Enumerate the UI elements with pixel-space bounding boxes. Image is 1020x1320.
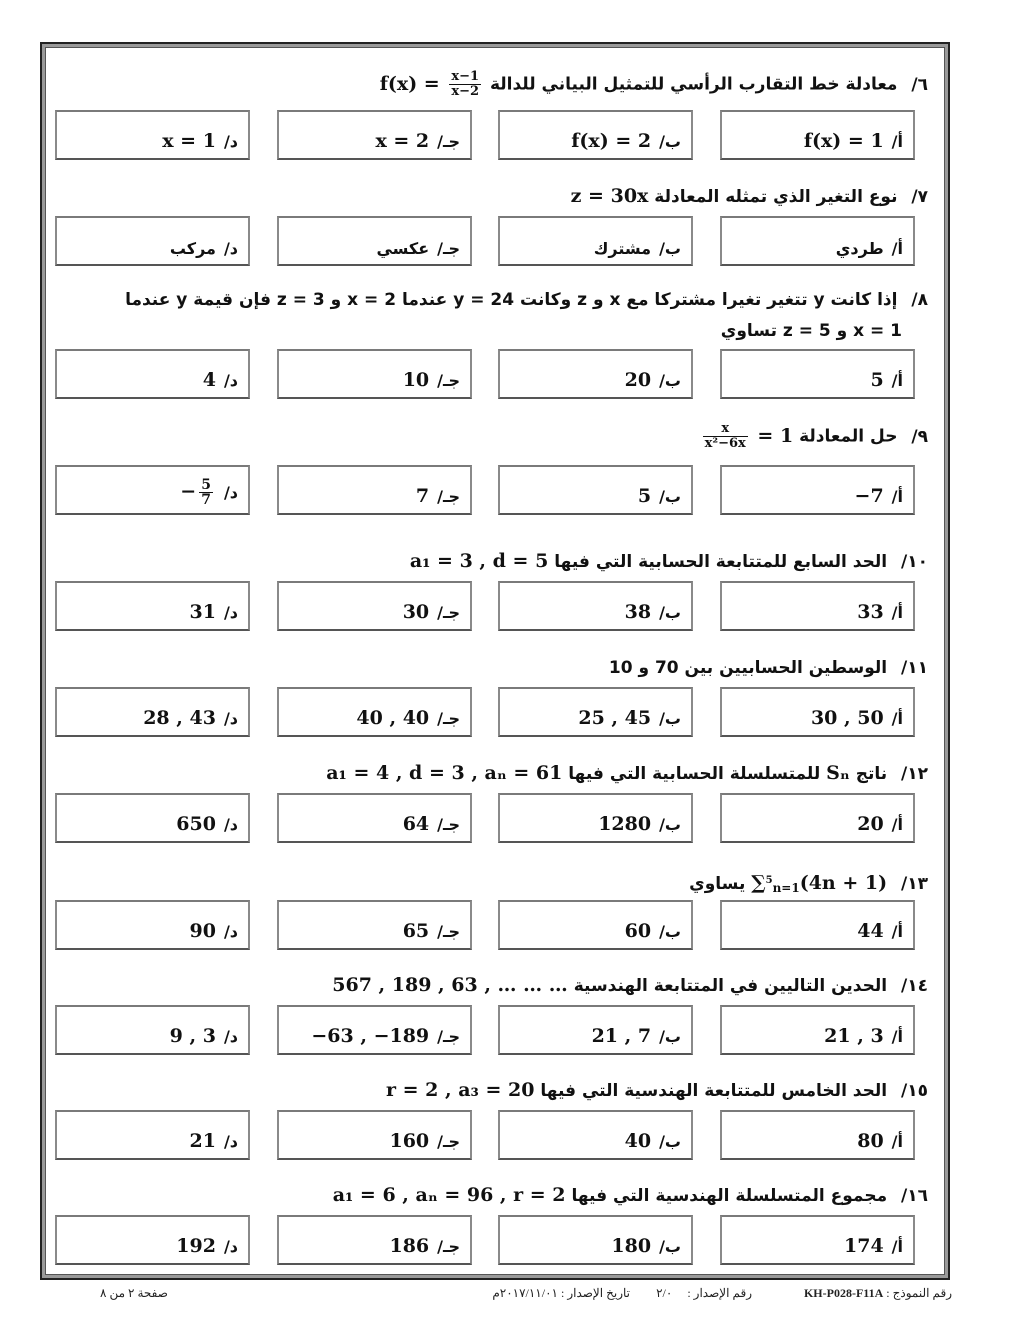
form-number-label: رقم النموذج :	[886, 1286, 952, 1300]
option-value: −63 , −189	[311, 1025, 429, 1047]
option-letter: أ/	[892, 815, 903, 834]
option-letter: جـ/	[437, 1237, 460, 1256]
option-letter: أ/	[892, 1132, 903, 1151]
sum-lower: n=1	[773, 881, 800, 895]
question-math: a₁ = 6 , aₙ = 96 , r = 2	[333, 1184, 566, 1206]
question-12-title: ١٢/ ناتج Sₙ للمتسلسلة الحسابية التي فيها…	[326, 760, 928, 787]
option-d[interactable]: د/650	[55, 793, 250, 843]
question-number: ١١/	[901, 658, 928, 678]
option-b[interactable]: ب/60	[498, 900, 693, 950]
option-d[interactable]: د/192	[55, 1215, 250, 1265]
option-letter: د/	[224, 1132, 238, 1151]
option-value: 30	[403, 601, 429, 623]
option-letter: ب/	[659, 487, 681, 506]
option-value: طردي	[836, 239, 884, 258]
option-letter: أ/	[892, 922, 903, 941]
option-a[interactable]: أ/33	[720, 581, 915, 631]
question-text: الحد الخامس للمتتابعة الهندسية التي فيها	[540, 1081, 887, 1101]
option-letter: جـ/	[437, 371, 460, 390]
option-d[interactable]: د/9 , 3	[55, 1005, 250, 1055]
option-letter: ب/	[659, 815, 681, 834]
option-d[interactable]: د/31	[55, 581, 250, 631]
option-b[interactable]: ب/40	[498, 1110, 693, 1160]
form-number: KH-P028-F11A	[804, 1286, 883, 1300]
option-c[interactable]: جـ/64	[277, 793, 472, 843]
option-letter: ب/	[659, 132, 681, 151]
question-text: يساوي	[689, 874, 745, 894]
option-value: x = 2	[375, 130, 429, 152]
option-a[interactable]: أ/174	[720, 1215, 915, 1265]
option-c[interactable]: جـ/−63 , −189	[277, 1005, 472, 1055]
question-text: معادلة خط التقارب الرأسي للتمثيل البياني…	[490, 75, 898, 95]
option-d[interactable]: د/−57	[55, 465, 250, 515]
question-number: ٧/	[911, 187, 928, 207]
option-value: 38	[625, 601, 651, 623]
option-letter: د/	[224, 922, 238, 941]
math-expression: = 1	[757, 425, 793, 447]
question-text: نوع التغير الذي تمثله المعادلة	[654, 187, 897, 207]
option-letter: ب/	[659, 239, 681, 258]
option-c[interactable]: جـ/عكسي	[277, 216, 472, 266]
option-letter: ب/	[659, 1027, 681, 1046]
denominator: x−2	[449, 85, 481, 99]
sum-upper: 5	[766, 875, 773, 886]
option-letter: جـ/	[437, 132, 460, 151]
option-value: 40	[625, 1130, 651, 1152]
question-10-title: ١٠/ الحد السابع للمتتابعة الحسابية التي …	[410, 548, 928, 575]
option-c[interactable]: جـ/65	[277, 900, 472, 950]
option-value: 60	[625, 920, 651, 942]
option-value: 160	[389, 1130, 429, 1152]
option-d[interactable]: د/x = 1	[55, 110, 250, 160]
option-value: 5	[870, 369, 883, 391]
option-value: 33	[857, 601, 883, 623]
option-value: 80	[857, 1130, 883, 1152]
option-value: 40 , 40	[356, 707, 429, 729]
option-letter: أ/	[892, 709, 903, 728]
option-a[interactable]: أ/طردي	[720, 216, 915, 266]
option-value: 30 , 50	[811, 707, 884, 729]
option-value: 21	[189, 1130, 215, 1152]
option-value: f(x) = 1	[804, 130, 884, 152]
fraction: 57	[199, 478, 213, 507]
question-13-title: ١٣/ ∑5n=1(4n + 1) يساوي	[689, 868, 928, 901]
option-letter: أ/	[892, 603, 903, 622]
question-8-title-line-2: x = 1 و z = 5 تساوي	[721, 318, 902, 344]
option-a[interactable]: أ/30 , 50	[720, 687, 915, 737]
question-text: حل المعادلة	[799, 427, 897, 447]
question-math: 567 , 189 , 63 , … … …	[332, 974, 568, 996]
option-value: 20	[857, 813, 883, 835]
option-letter: أ/	[892, 371, 903, 390]
option-value: 21 , 3	[824, 1025, 884, 1047]
option-d[interactable]: د/28 , 43	[55, 687, 250, 737]
option-c[interactable]: جـ/x = 2	[277, 110, 472, 160]
question-8-title: ٨/ إذا كانت y تتغير تغيرا مشتركا مع x و …	[125, 287, 928, 313]
option-c[interactable]: جـ/160	[277, 1110, 472, 1160]
option-a[interactable]: أ/80	[720, 1110, 915, 1160]
option-b[interactable]: ب/25 , 45	[498, 687, 693, 737]
option-b[interactable]: ب/38	[498, 581, 693, 631]
option-letter: د/	[224, 371, 238, 390]
question-number: ١٠/	[901, 552, 928, 572]
option-value: 650	[176, 813, 216, 835]
option-c[interactable]: جـ/30	[277, 581, 472, 631]
option-c[interactable]: جـ/7	[277, 465, 472, 515]
option-value: 174	[844, 1235, 884, 1257]
math-expression: f(x) =	[380, 73, 440, 95]
option-value: x = 1	[162, 130, 216, 152]
question-11-title: ١١/ الوسطين الحسابيين بين 70 و 10	[609, 655, 928, 681]
issue-date-value: ٢٠١٧/١١/٠١م	[492, 1286, 558, 1300]
option-value: 44	[857, 920, 883, 942]
option-value: 4	[203, 369, 216, 391]
footer-form-number: رقم النموذج : KH-P028-F11A	[804, 1286, 952, 1301]
question-number: ١٣/	[901, 874, 928, 894]
option-letter: ب/	[659, 1237, 681, 1256]
question-number: ١٢/	[901, 764, 928, 784]
option-letter: ب/	[659, 1132, 681, 1151]
option-value: 25 , 45	[578, 707, 651, 729]
question-number: ٦/	[911, 75, 928, 95]
option-letter: ب/	[659, 922, 681, 941]
numerator: x−1	[449, 70, 481, 85]
question-math: r = 2 , a₃ = 20	[386, 1079, 534, 1101]
option-d[interactable]: د/مركب	[55, 216, 250, 266]
option-value: f(x) = 2	[571, 130, 651, 152]
option-a[interactable]: أ/21 , 3	[720, 1005, 915, 1055]
option-d[interactable]: د/21	[55, 1110, 250, 1160]
option-c[interactable]: جـ/186	[277, 1215, 472, 1265]
option-a[interactable]: أ/5	[720, 349, 915, 399]
page-label: صفحة ٢ من ٨	[100, 1286, 168, 1300]
question-number: ١٥/	[901, 1081, 928, 1101]
option-value: مركب	[170, 239, 216, 258]
question-text: مجموع المتسلسلة الهندسية التي فيها	[571, 1186, 887, 1206]
numerator: x	[703, 422, 748, 437]
minus-sign: −	[180, 481, 196, 503]
denominator: x²−6x	[703, 437, 748, 451]
option-letter: جـ/	[437, 239, 460, 258]
question-14-title: ١٤/ الحدين التاليين في المتتابعة الهندسي…	[332, 972, 928, 999]
option-letter: ب/	[659, 603, 681, 622]
issue-date-label: تاريخ الإصدار :	[561, 1286, 630, 1300]
question-number: ٨/	[911, 290, 928, 310]
option-value: 31	[189, 601, 215, 623]
option-value: 28 , 43	[143, 707, 216, 729]
option-value: مشترك	[594, 239, 651, 258]
option-letter: أ/	[892, 487, 903, 506]
option-c[interactable]: جـ/10	[277, 349, 472, 399]
option-letter: د/	[224, 239, 238, 258]
option-letter: ب/	[659, 371, 681, 390]
question-math: a₁ = 4 , d = 3 , aₙ = 61	[326, 762, 562, 784]
version-label: رقم الإصدار :	[687, 1286, 752, 1300]
option-letter: أ/	[892, 1027, 903, 1046]
question-15-title: ١٥/ الحد الخامس للمتتابعة الهندسية التي …	[386, 1077, 928, 1104]
question-text: الحد السابع للمتتابعة الحسابية التي فيها	[554, 552, 887, 572]
option-value: عكسي	[376, 239, 429, 258]
option-value: 90	[189, 920, 215, 942]
option-a[interactable]: أ/20	[720, 793, 915, 843]
option-a[interactable]: أ/f(x) = 1	[720, 110, 915, 160]
numerator: 5	[199, 478, 213, 493]
option-letter: جـ/	[437, 815, 460, 834]
option-letter: جـ/	[437, 1027, 460, 1046]
option-value: 10	[403, 369, 429, 391]
question-9-title: ٩/ حل المعادلة xx²−6x = 1	[700, 422, 928, 451]
footer-issue-date: تاريخ الإصدار : ٢٠١٧/١١/٠١م	[492, 1286, 630, 1301]
option-value: 7	[416, 485, 429, 507]
option-letter: د/	[224, 1027, 238, 1046]
question-text: الحدين التاليين في المتتابعة الهندسية	[574, 976, 887, 996]
question-math: f(x) = x−1x−2	[380, 73, 484, 95]
option-value: 64	[403, 813, 429, 835]
sum-symbol: Sₙ	[826, 762, 850, 784]
fraction: x−1x−2	[449, 70, 481, 99]
question-text: للمتسلسلة الحسابية التي فيها	[568, 764, 820, 784]
option-value: −7	[855, 485, 884, 507]
option-value: 192	[176, 1235, 216, 1257]
option-value: 9 , 3	[170, 1025, 216, 1047]
option-b[interactable]: ب/مشترك	[498, 216, 693, 266]
option-letter: د/	[224, 132, 238, 151]
option-letter: د/	[224, 483, 238, 502]
question-number: ١٦/	[901, 1186, 928, 1206]
option-b[interactable]: ب/f(x) = 2	[498, 110, 693, 160]
option-c[interactable]: جـ/40 , 40	[277, 687, 472, 737]
question-math: xx²−6x = 1	[700, 425, 794, 447]
option-value: 186	[389, 1235, 429, 1257]
option-d[interactable]: د/4	[55, 349, 250, 399]
option-letter: د/	[224, 603, 238, 622]
question-math: z = 30x	[571, 185, 649, 207]
option-letter: د/	[224, 709, 238, 728]
question-math: ∑5n=1(4n + 1)	[751, 872, 887, 894]
question-text: الوسطين الحسابيين بين 70 و 10	[609, 658, 887, 678]
sigma-icon: ∑	[751, 872, 765, 894]
option-letter: جـ/	[437, 709, 460, 728]
option-a[interactable]: أ/−7	[720, 465, 915, 515]
option-value: 5	[638, 485, 651, 507]
question-7-title: ٧/ نوع التغير الذي تمثله المعادلة z = 30…	[571, 183, 928, 210]
question-16-title: ١٦/ مجموع المتسلسلة الهندسية التي فيها a…	[333, 1182, 928, 1209]
option-letter: د/	[224, 815, 238, 834]
option-d[interactable]: د/90	[55, 900, 250, 950]
question-number: ٩/	[911, 427, 928, 447]
option-letter: أ/	[892, 1237, 903, 1256]
option-letter: د/	[224, 1237, 238, 1256]
option-letter: أ/	[892, 239, 903, 258]
question-text-line-2: x = 1 و z = 5 تساوي	[721, 321, 902, 341]
option-letter: جـ/	[437, 603, 460, 622]
option-letter: جـ/	[437, 1132, 460, 1151]
question-text-prefix: ناتج	[856, 764, 887, 784]
fraction: xx²−6x	[703, 422, 748, 451]
option-letter: جـ/	[437, 922, 460, 941]
option-value: 1280	[598, 813, 651, 835]
version-value: ٢/٠	[656, 1286, 672, 1300]
option-letter: جـ/	[437, 487, 460, 506]
option-value: 21 , 7	[592, 1025, 652, 1047]
question-number: ١٤/	[901, 976, 928, 996]
option-b[interactable]: ب/1280	[498, 793, 693, 843]
option-b[interactable]: ب/21 , 7	[498, 1005, 693, 1055]
option-letter: ب/	[659, 709, 681, 728]
question-math: a₁ = 3 , d = 5	[410, 550, 549, 572]
option-b[interactable]: ب/5	[498, 465, 693, 515]
option-b[interactable]: ب/20	[498, 349, 693, 399]
option-value: 65	[403, 920, 429, 942]
denominator: 7	[199, 493, 213, 507]
option-letter: أ/	[892, 132, 903, 151]
option-value: 180	[611, 1235, 651, 1257]
option-value: 20	[625, 369, 651, 391]
option-a[interactable]: أ/44	[720, 900, 915, 950]
question-text-line-1: إذا كانت y تتغير تغيرا مشتركا مع x و z و…	[125, 290, 897, 310]
option-value: −57	[180, 478, 216, 507]
question-6-title: ٦/ معادلة خط التقارب الرأسي للتمثيل البي…	[380, 70, 928, 99]
footer-version: رقم الإصدار : ٢/٠	[656, 1286, 752, 1301]
footer-page-number: صفحة ٢ من ٨	[100, 1286, 168, 1301]
option-b[interactable]: ب/180	[498, 1215, 693, 1265]
